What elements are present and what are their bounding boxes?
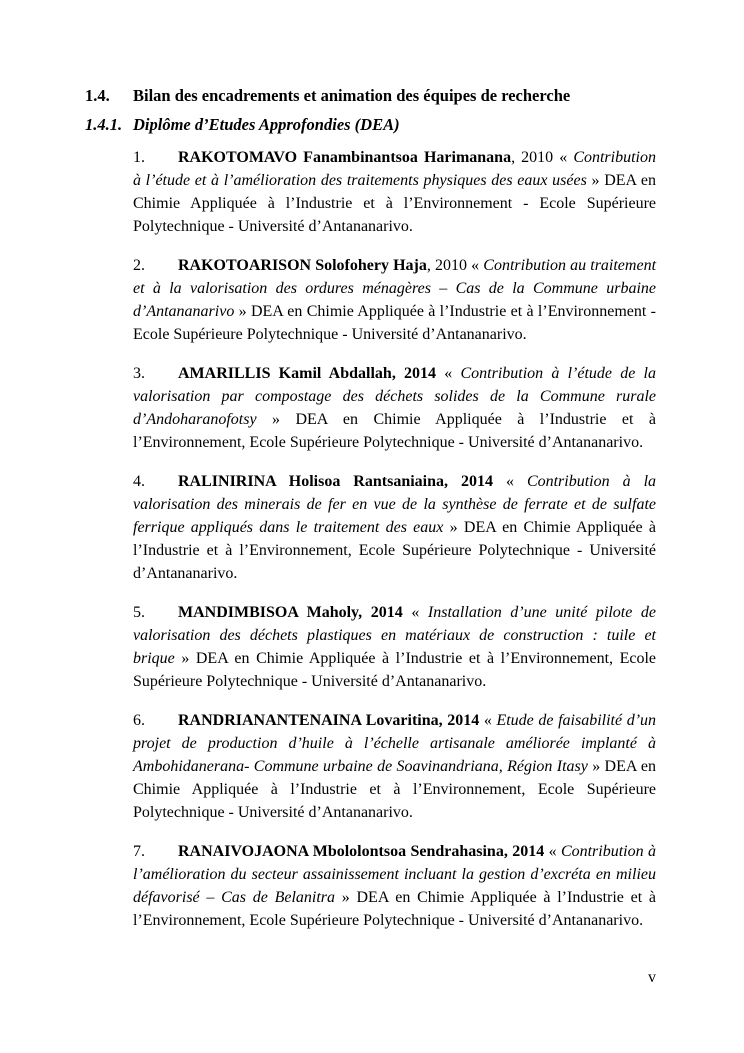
entry-number: 5. bbox=[133, 601, 178, 624]
entry-student-name: RALINIRINA Holisoa Rantsaniaina, 2014 bbox=[178, 473, 493, 490]
entry-year-separator: « bbox=[544, 843, 561, 860]
entry-number: 3. bbox=[133, 362, 178, 385]
document-page: 1.4.Bilan des encadrements et animation … bbox=[0, 0, 744, 1053]
entry-student-name: RANAIVOJAONA Mbololontsoa Sendrahasina, … bbox=[178, 843, 544, 860]
dea-entry-7: 7.RANAIVOJAONA Mbololontsoa Sendrahasina… bbox=[133, 840, 656, 932]
entry-year-separator: « bbox=[403, 604, 428, 621]
entry-student-name: RAKOTOARISON Solofohery Haja bbox=[178, 257, 427, 274]
entry-number: 7. bbox=[133, 840, 178, 863]
page-number: v bbox=[648, 969, 656, 987]
entry-student-name: AMARILLIS Kamil Abdallah, 2014 bbox=[178, 365, 436, 382]
subsection-heading: 1.4.1.Diplôme d’Etudes Approfondies (DEA… bbox=[85, 113, 656, 136]
entry-institution: » DEA en Chimie Appliquée à l’Industrie … bbox=[133, 650, 656, 690]
entry-year-separator: , 2010 « bbox=[511, 149, 573, 166]
entry-year-separator: « bbox=[493, 473, 527, 490]
entry-number: 1. bbox=[133, 146, 178, 169]
entry-number: 4. bbox=[133, 470, 178, 493]
entry-student-name: RANDRIANANTENAINA Lovaritina, 2014 bbox=[178, 712, 479, 729]
subsection-number: 1.4.1. bbox=[85, 113, 133, 136]
entry-year-separator: « bbox=[436, 365, 460, 382]
section-title: Bilan des encadrements et animation des … bbox=[133, 86, 570, 105]
entry-year-separator: « bbox=[479, 712, 496, 729]
entry-number: 6. bbox=[133, 709, 178, 732]
dea-entry-4: 4.RALINIRINA Holisoa Rantsaniaina, 2014 … bbox=[133, 470, 656, 585]
dea-entry-1: 1.RAKOTOMAVO Fanambinantsoa Harimanana, … bbox=[133, 146, 656, 238]
dea-entry-5: 5.MANDIMBISOA Maholy, 2014 « Installatio… bbox=[133, 601, 656, 693]
dea-entry-6: 6.RANDRIANANTENAINA Lovaritina, 2014 « E… bbox=[133, 709, 656, 824]
section-number: 1.4. bbox=[85, 84, 133, 107]
entry-year-separator: , 2010 « bbox=[427, 257, 483, 274]
subsection-title: Diplôme d’Etudes Approfondies (DEA) bbox=[133, 115, 400, 134]
dea-entry-3: 3.AMARILLIS Kamil Abdallah, 2014 « Contr… bbox=[133, 362, 656, 454]
page-content: 1.4.Bilan des encadrements et animation … bbox=[85, 84, 656, 948]
entry-number: 2. bbox=[133, 254, 178, 277]
entry-student-name: MANDIMBISOA Maholy, 2014 bbox=[178, 604, 403, 621]
section-heading: 1.4.Bilan des encadrements et animation … bbox=[85, 84, 656, 107]
entry-student-name: RAKOTOMAVO Fanambinantsoa Harimanana bbox=[178, 149, 511, 166]
dea-entry-2: 2.RAKOTOARISON Solofohery Haja, 2010 « C… bbox=[133, 254, 656, 346]
